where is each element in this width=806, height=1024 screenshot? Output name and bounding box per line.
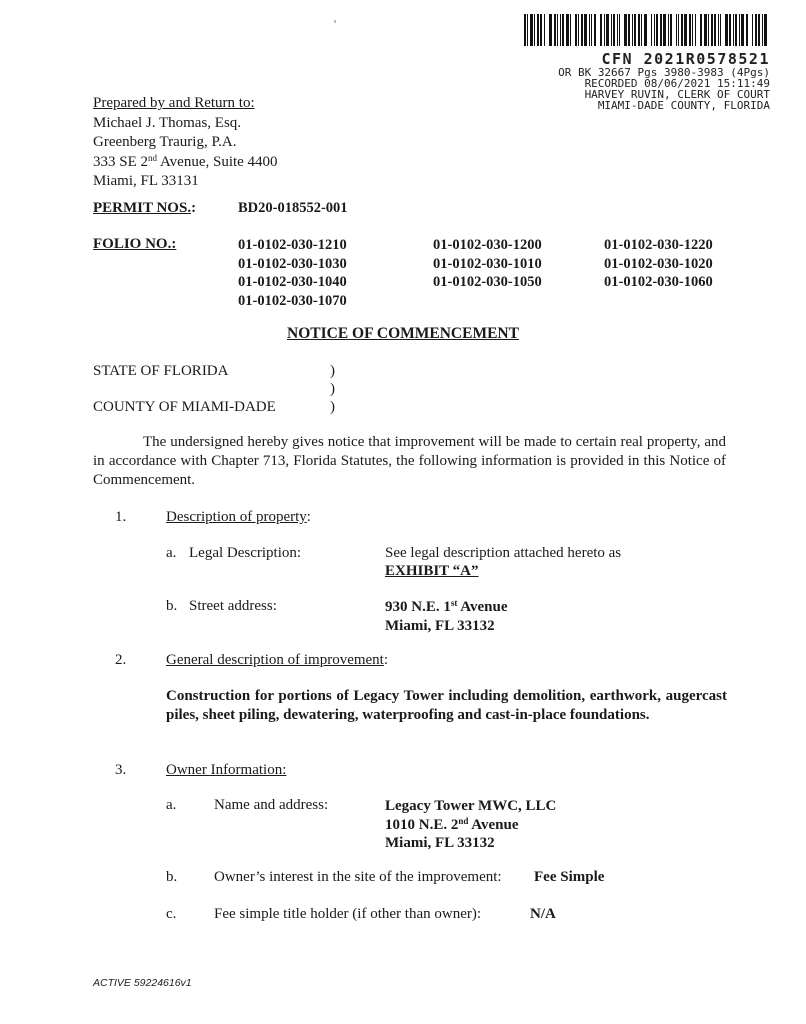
folio-column-3: 01-0102-030-122001-0102-030-102001-0102-… [604,236,713,292]
barcode [524,14,788,46]
barcode-bar [708,14,709,46]
barcode-bar [735,14,737,46]
section-1-number: 1. [115,509,126,526]
barcode-bar [733,14,734,46]
section-3-number: 3. [115,762,126,779]
owner-name-address-label: Name and address: [214,797,328,814]
barcode-bar [651,14,652,46]
barcode-bar [676,14,677,46]
venue-county: COUNTY OF MIAMI-DADE [93,399,276,416]
scan-speck [334,20,336,23]
folio-number: 01-0102-030-1220 [604,236,713,255]
improvement-description: Construction for portions of Legacy Towe… [166,687,727,724]
barcode-bar [663,14,666,46]
venue-paren: ) [330,399,335,416]
barcode-bar [700,14,702,46]
exhibit-a-reference: EXHIBIT “A” [385,563,479,580]
document-id-footer: ACTIVE 59224616v1 [93,977,192,989]
barcode-bar [554,14,556,46]
barcode-bar [600,14,602,46]
preparer-city: Miami, FL 33131 [93,172,278,192]
section-1-title: Description of property: [166,509,311,526]
venue-paren: ) [330,363,335,380]
folio-number: 01-0102-030-1040 [238,273,347,292]
barcode-bar [617,14,618,46]
prepared-by-block: Prepared by and Return to: Michael J. Th… [93,94,278,192]
permit-label: PERMIT NOS.: [93,200,196,217]
barcode-bar [611,14,612,46]
legal-description-label: Legal Description: [189,545,301,562]
barcode-bar [584,14,587,46]
barcode-bar [656,14,658,46]
folio-number: 01-0102-030-1210 [238,236,347,255]
barcode-bar [704,14,707,46]
barcode-bar [714,14,716,46]
barcode-bar [752,14,753,46]
barcode-bar [557,14,558,46]
barcode-bar [606,14,609,46]
barcode-bar [562,14,564,46]
section-2-title: General description of improvement: [166,652,388,669]
cfn-number: CFN 2021R0578521 [558,52,770,67]
legal-description-value: See legal description attached hereto as [385,545,621,562]
barcode-bar [711,14,713,46]
s1-b-letter: b. [166,598,177,615]
barcode-bar [755,14,757,46]
barcode-bar [589,14,590,46]
owner-interest-label: Owner’s interest in the site of the impr… [214,869,502,886]
barcode-bar [654,14,655,46]
barcode-bar [560,14,561,46]
prepared-by-heading: Prepared by and Return to: [93,94,278,114]
barcode-bar [762,14,763,46]
barcode-bar [684,14,687,46]
barcode-bar [644,14,647,46]
venue-paren: ) [330,381,335,398]
folio-column-2: 01-0102-030-120001-0102-030-101001-0102-… [433,236,542,292]
folio-number: 01-0102-030-1010 [433,255,542,274]
barcode-bar [746,14,748,46]
barcode-bar [638,14,640,46]
barcode-bar [604,14,605,46]
folio-number: 01-0102-030-1060 [604,273,713,292]
street-address-label: Street address: [189,598,277,615]
barcode-bar [624,14,627,46]
barcode-bar [540,14,542,46]
document-title: NOTICE OF COMMENCEMENT [0,325,806,343]
folio-number: 01-0102-030-1070 [238,292,347,311]
folio-number: 01-0102-030-1020 [604,255,713,274]
barcode-bar [764,14,767,46]
barcode-bar [578,14,579,46]
preparer-name: Michael J. Thomas, Esq. [93,114,278,134]
barcode-bar [720,14,721,46]
barcode-bar [668,14,669,46]
barcode-bar [591,14,592,46]
barcode-bar [544,14,545,46]
barcode-bar [549,14,552,46]
venue-state: STATE OF FLORIDA [93,363,228,380]
fee-title-holder-label: Fee simple title holder (if other than o… [214,906,481,923]
barcode-bar [660,14,662,46]
barcode-bar [725,14,728,46]
folio-number: 01-0102-030-1050 [433,273,542,292]
folio-number: 01-0102-030-1030 [238,255,347,274]
barcode-bar [594,14,596,46]
preparer-firm: Greenberg Traurig, P.A. [93,133,278,153]
barcode-bar [570,14,571,46]
folio-label: FOLIO NO.: [93,236,176,253]
barcode-bar [641,14,642,46]
barcode-bar [619,14,620,46]
barcode-bar [632,14,633,46]
barcode-bar [575,14,577,46]
folio-column-1: 01-0102-030-121001-0102-030-103001-0102-… [238,236,347,310]
barcode-bar [718,14,719,46]
section-3-title: Owner Information: [166,762,286,779]
s3-a-letter: a. [166,797,176,814]
owner-interest-value: Fee Simple [534,869,604,886]
barcode-bar [566,14,569,46]
street-address-value: 930 N.E. 1st Avenue Miami, FL 33132 [385,598,508,635]
barcode-bar [530,14,533,46]
barcode-bar [758,14,760,46]
permit-number: BD20-018552-001 [238,200,348,217]
barcode-bar [678,14,679,46]
barcode-bar [689,14,691,46]
barcode-bar [695,14,696,46]
s1-a-letter: a. [166,545,176,562]
barcode-bar [739,14,740,46]
barcode-bar [534,14,535,46]
section-2-number: 2. [115,652,126,669]
s3-c-letter: c. [166,906,176,923]
barcode-bar [524,14,526,46]
barcode-bar [741,14,744,46]
folio-number: 01-0102-030-1200 [433,236,542,255]
fee-title-holder-value: N/A [530,906,556,923]
barcode-bar [628,14,630,46]
county-name: MIAMI-DADE COUNTY, FLORIDA [558,100,770,111]
barcode-bar [634,14,636,46]
barcode-bar [681,14,683,46]
barcode-bar [692,14,693,46]
barcode-bar [581,14,583,46]
owner-name-address-value: Legacy Tower MWC, LLC 1010 N.E. 2nd Aven… [385,797,556,853]
recording-stamp: CFN 2021R0578521 OR BK 32667 Pgs 3980-39… [558,52,770,111]
preparer-street: 333 SE 2nd Avenue, Suite 4400 [93,153,278,173]
barcode-bar [527,14,528,46]
barcode-bar [537,14,539,46]
barcode-bar [613,14,615,46]
s3-b-letter: b. [166,869,177,886]
intro-paragraph: The undersigned hereby gives notice that… [93,433,726,490]
barcode-bar [670,14,672,46]
barcode-bar [729,14,731,46]
